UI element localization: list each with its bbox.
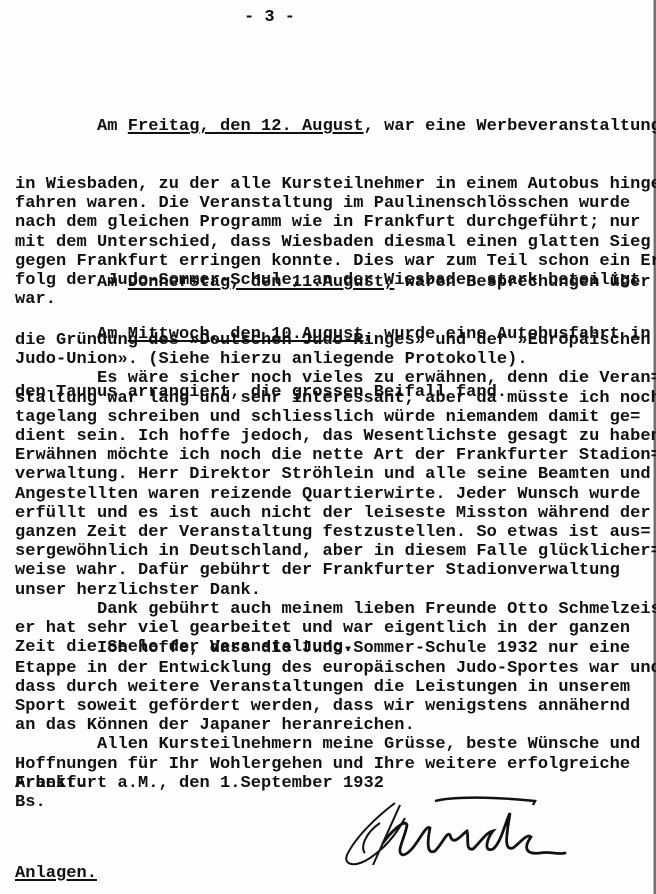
paragraph-line: Hoffnungen für Ihr Wohlergehen und Ihre … [15, 755, 640, 774]
paragraph-line: Etappe in der Entwicklung des europäisch… [15, 659, 656, 678]
paragraph-line: Erwähnen möchte ich noch die nette Art d… [15, 446, 656, 465]
paragraph-line: Ich hoffe, dass die Judo-Sommer-Schule 1… [15, 639, 656, 658]
paragraph-line: sergewöhnlich in Deutschland, aber in di… [15, 542, 656, 561]
paragraph-line: weise wahr. Dafür gebührt der Frankfurte… [15, 561, 656, 580]
paragraph-line: dass durch weitere Veranstaltungen die L… [15, 678, 656, 697]
paragraph-line: tagelang schreiben und schliesslich würd… [15, 408, 656, 427]
date-heading: Freitag, den 12. August [128, 117, 364, 136]
paragraph-line: fahren waren. Die Veranstaltung im Pauli… [15, 194, 656, 213]
indent: Am [15, 117, 128, 136]
paragraph-line: erfüllt und es ist auch nicht der leises… [15, 504, 656, 523]
typist-initials: Bs. [15, 793, 46, 812]
page-number: - 3 - [244, 8, 295, 27]
paragraph-line: dient sein. Ich hoffe jedoch, das Wesent… [15, 427, 656, 446]
letter-page: - 3 - Am Freitag, den 12. August, war ei… [0, 0, 656, 894]
paragraph-line: unser herzlichster Dank. [15, 581, 656, 600]
signature: Rhode [335, 793, 575, 883]
paragraph-line: verwaltung. Herr Direktor Ströhlein und … [15, 465, 656, 484]
paragraph-line: staltung war lang und sehr interessant, … [15, 389, 656, 408]
paragraph-line: Allen Kursteilnehmern meine Grüsse, best… [15, 735, 640, 754]
enclosures-label: Anlagen. [15, 864, 97, 883]
line-text: , war eine Werbeveranstaltung [364, 117, 656, 136]
place-date: Frankfurt a.M., den 1.September 1932 [15, 774, 384, 793]
paragraph-line: Es wäre sicher noch vieles zu erwähnen, … [15, 369, 656, 388]
paragraph-line: nach dem gleichen Programm wie in Frankf… [15, 213, 656, 232]
paragraph-line: Am Freitag, den 12. August, war eine Wer… [15, 117, 656, 136]
paragraph-line: in Wiesbaden, zu der alle Kursteilnehmer… [15, 175, 656, 194]
paragraph-line: Angestellten waren reizende Quartierwirt… [15, 485, 656, 504]
paragraph-line: ganzen Zeit der Veranstaltung festzustel… [15, 523, 656, 542]
